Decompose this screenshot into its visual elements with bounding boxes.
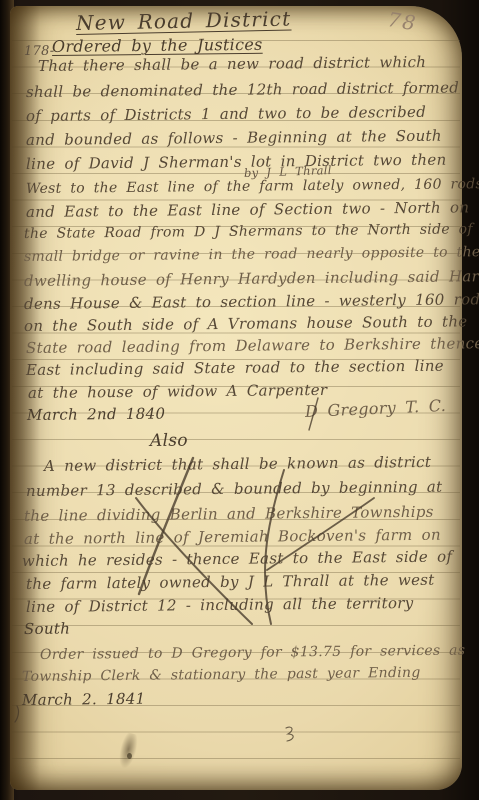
handwritten-line: the farm lately owned by J L Thrall at t… [26,571,435,593]
handwritten-line: and East to the East line of Section two… [26,198,469,221]
entry1-date: March 2nd 1840 [27,405,165,424]
handwritten-line: of parts of Districts 1 and two to be de… [26,103,426,125]
handwriting-layer: New Road District 78 178- Ordered by the… [0,0,479,800]
handwritten-line: West to the East line of the farm lately… [26,176,479,197]
record-book-photo: New Road District 78 178- Ordered by the… [0,0,479,800]
handwritten-line: East including said State road to the se… [26,357,444,379]
handwritten-line: State road leading from Delaware to Berk… [26,334,479,357]
handwritten-line: dens House & East to section line - west… [24,290,479,313]
handwritten-line: small bridge or ravine in the road nearl… [24,244,479,265]
handwritten-line: line of David J Sherman's lot in Distric… [26,151,447,173]
handwritten-line: the State Road from D J Shermans to the … [24,221,479,242]
handwritten-line: on the South side of A Vromans house Sou… [24,312,468,335]
handwritten-line: which he resides - thence East to the Ea… [22,547,452,570]
entry1-signature: D Gregory T. C. [305,396,447,421]
ink-smudge-dot [127,753,132,759]
handwritten-line: dwelling house of Henry Hardyden includi… [24,267,479,290]
handwritten-line: That there shall be a new road district … [38,53,426,75]
entry3-date: March 2. 1841 [22,690,146,709]
handwritten-line: at the north line of Jeremiah Bockoven's… [24,526,441,548]
handwritten-line: Township Clerk & stationary the past yea… [22,665,421,685]
handwritten-line: Order issued to D Gregory for $13.75 for… [40,643,465,663]
handwritten-line: at the house of widow A Carpenter [28,381,327,402]
handwritten-line: the line dividing Berlin and Berkshire T… [24,503,434,525]
handwritten-line: A new district that shall be known as di… [44,453,431,475]
handwritten-line: line of District 12 - including all the … [26,594,414,616]
entry2-heading: Also [150,431,188,451]
handwritten-line: and bounded as follows - Beginning at th… [26,127,442,149]
entry1-heading: Ordered by the Justices [52,35,263,56]
handwritten-line: number 13 described & bounded by beginni… [26,478,443,500]
handwritten-line: shall be denominated the 12th road distr… [26,78,459,101]
page-number: 78 [386,7,419,35]
handwritten-line: South [24,620,70,638]
page-title: New Road District [76,6,292,35]
